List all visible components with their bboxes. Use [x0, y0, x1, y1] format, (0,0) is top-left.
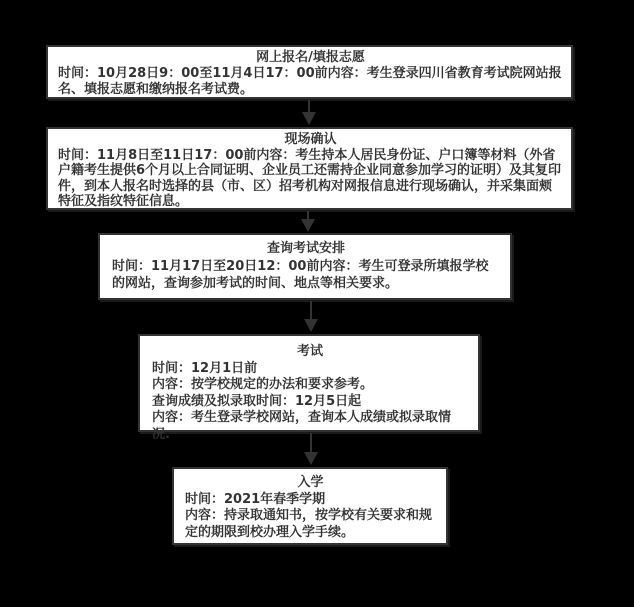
flow-step-query-exam-arrangement: 查询考试安排 时间：11月17日至20日12：00前内容：考生可登录所填报学校的… [98, 233, 512, 300]
step-title: 入学 [185, 475, 436, 492]
step-body-paragraph: 时间：11月8日至11日17：00前内容：考生持本人居民身份证、户口簿等材料（外… [58, 148, 563, 210]
step-body: 时间：10月28日9：00至11月4日17：00前内容：考生登录四川省教育考试院… [58, 66, 563, 98]
step-title: 考试 [152, 344, 468, 361]
flow-step-enrollment: 入学 时间：2021年春季学期 内容：持录取通知书，按学校有关要求和规定的期限到… [172, 467, 448, 545]
arrow-shaft [307, 211, 309, 219]
step-body-line: 时间：2021年春季学期 [185, 492, 436, 509]
step-body-paragraph: 时间：11月17日至20日12：00前内容：考生可登录所填报学校的网站，查询参加… [112, 258, 500, 293]
step-body-line: 时间：12月1日前 [152, 361, 468, 378]
step-body-line: 内容：按学校规定的办法和要求参考。 [152, 377, 468, 394]
flow-step-exam: 考试 时间：12月1日前 内容：按学校规定的办法和要求参考。 查询成绩及拟录取时… [138, 334, 480, 432]
step-body: 时间：2021年春季学期 内容：持录取通知书，按学校有关要求和规定的期限到校办理… [185, 492, 436, 542]
step-title: 网上报名/填报志愿 [58, 50, 563, 66]
arrow-down-icon [301, 211, 315, 232]
flowchart-canvas: 网上报名/填报志愿 时间：10月28日9：00至11月4日17：00前内容：考生… [0, 0, 634, 607]
arrow-shaft [310, 433, 312, 452]
step-body: 时间：12月1日前 内容：按学校规定的办法和要求参考。 查询成绩及拟录取时间：1… [152, 361, 468, 444]
step-title: 查询考试安排 [112, 240, 500, 258]
flow-step-online-registration: 网上报名/填报志愿 时间：10月28日9：00至11月4日17：00前内容：考生… [46, 45, 573, 99]
arrow-shaft [310, 301, 312, 319]
arrow-head [304, 319, 318, 332]
arrow-down-icon [304, 301, 318, 332]
arrow-down-icon [302, 100, 316, 125]
step-title: 现场确认 [58, 132, 563, 148]
arrow-shaft [308, 100, 310, 112]
step-body: 时间：11月17日至20日12：00前内容：考生可登录所填报学校的网站，查询参加… [112, 258, 500, 293]
step-body: 时间：11月8日至11日17：00前内容：考生持本人居民身份证、户口簿等材料（外… [58, 148, 563, 210]
arrow-head [301, 219, 315, 232]
arrow-head [302, 112, 316, 125]
step-body-line: 查询成绩及拟录取时间：12月5日起 [152, 394, 468, 411]
flow-step-onsite-confirmation: 现场确认 时间：11月8日至11日17：00前内容：考生持本人居民身份证、户口簿… [46, 127, 573, 210]
step-body-paragraph: 时间：10月28日9：00至11月4日17：00前内容：考生登录四川省教育考试院… [58, 66, 563, 98]
step-body-paragraph: 内容：持录取通知书，按学校有关要求和规定的期限到校办理入学手续。 [185, 508, 436, 541]
arrow-down-icon [304, 433, 318, 465]
arrow-head [304, 452, 318, 465]
